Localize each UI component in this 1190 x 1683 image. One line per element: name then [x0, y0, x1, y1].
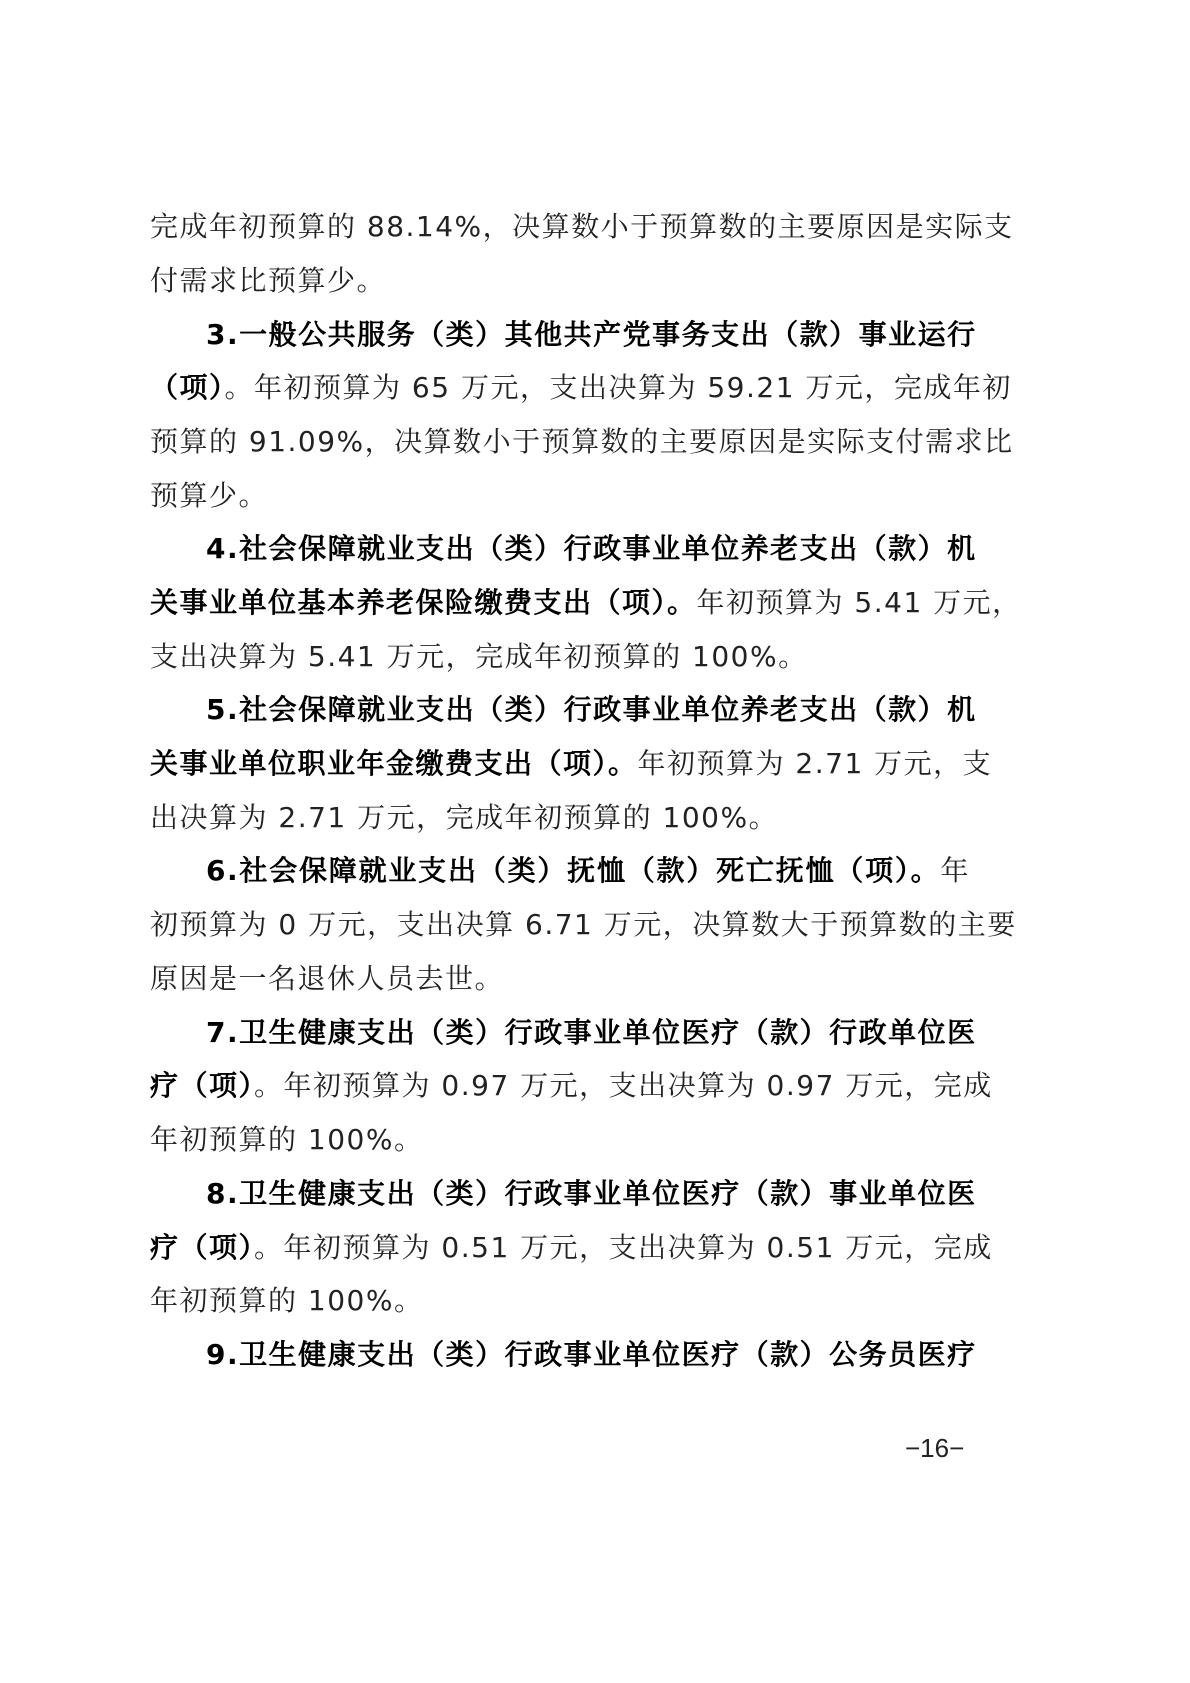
- text-line: 出决算为 2.71 万元，完成年初预算的 100%。: [150, 798, 970, 838]
- item-heading-4: 4.社会保障就业支出（类）行政事业单位养老支出（款）机: [206, 529, 970, 569]
- text-line: 原因是一名退休人员去世。: [150, 959, 970, 999]
- text-line: （项）。年初预算为 65 万元，支出决算为 59.21 万元，完成年初: [150, 368, 970, 408]
- text-line: 关事业单位职业年金缴费支出（项）。年初预算为 2.71 万元，支: [150, 744, 970, 784]
- text-line: 疗（项）。年初预算为 0.97 万元，支出决算为 0.97 万元，完成: [150, 1066, 970, 1106]
- item-heading-7: 7.卫生健康支出（类）行政事业单位医疗（款）行政单位医: [206, 1013, 970, 1053]
- text-line: 初预算为 0 万元，支出决算 6.71 万元，决算数大于预算数的主要: [150, 905, 970, 945]
- text-line: 支出决算为 5.41 万元，完成年初预算的 100%。: [150, 637, 970, 677]
- document-page: 完成年初预算的 88.14%，决算数小于预算数的主要原因是实际支 付需求比预算少…: [0, 0, 1190, 1683]
- text-line: 关事业单位基本养老保险缴费支出（项）。年初预算为 5.41 万元，: [150, 583, 970, 623]
- page-number: −16−: [905, 1430, 964, 1466]
- text-line: 年初预算的 100%。: [150, 1120, 970, 1160]
- text-line: 预算的 91.09%，决算数小于预算数的主要原因是实际支付需求比: [150, 422, 970, 462]
- item-heading-9: 9.卫生健康支出（类）行政事业单位医疗（款）公务员医疗: [206, 1335, 970, 1375]
- text-line: 完成年初预算的 88.14%，决算数小于预算数的主要原因是实际支: [150, 207, 970, 247]
- item-heading-5: 5.社会保障就业支出（类）行政事业单位养老支出（款）机: [206, 690, 970, 730]
- text-line: 预算少。: [150, 476, 970, 516]
- text-line: 付需求比预算少。: [150, 261, 970, 301]
- item-heading-6: 6.社会保障就业支出（类）抚恤（款）死亡抚恤（项）。年: [206, 851, 970, 891]
- item-heading-3: 3.一般公共服务（类）其他共产党事务支出（款）事业运行: [206, 315, 970, 355]
- text-line: 年初预算的 100%。: [150, 1281, 970, 1321]
- text-line: 疗（项）。年初预算为 0.51 万元，支出决算为 0.51 万元，完成: [150, 1228, 970, 1268]
- item-heading-8: 8.卫生健康支出（类）行政事业单位医疗（款）事业单位医: [206, 1174, 970, 1214]
